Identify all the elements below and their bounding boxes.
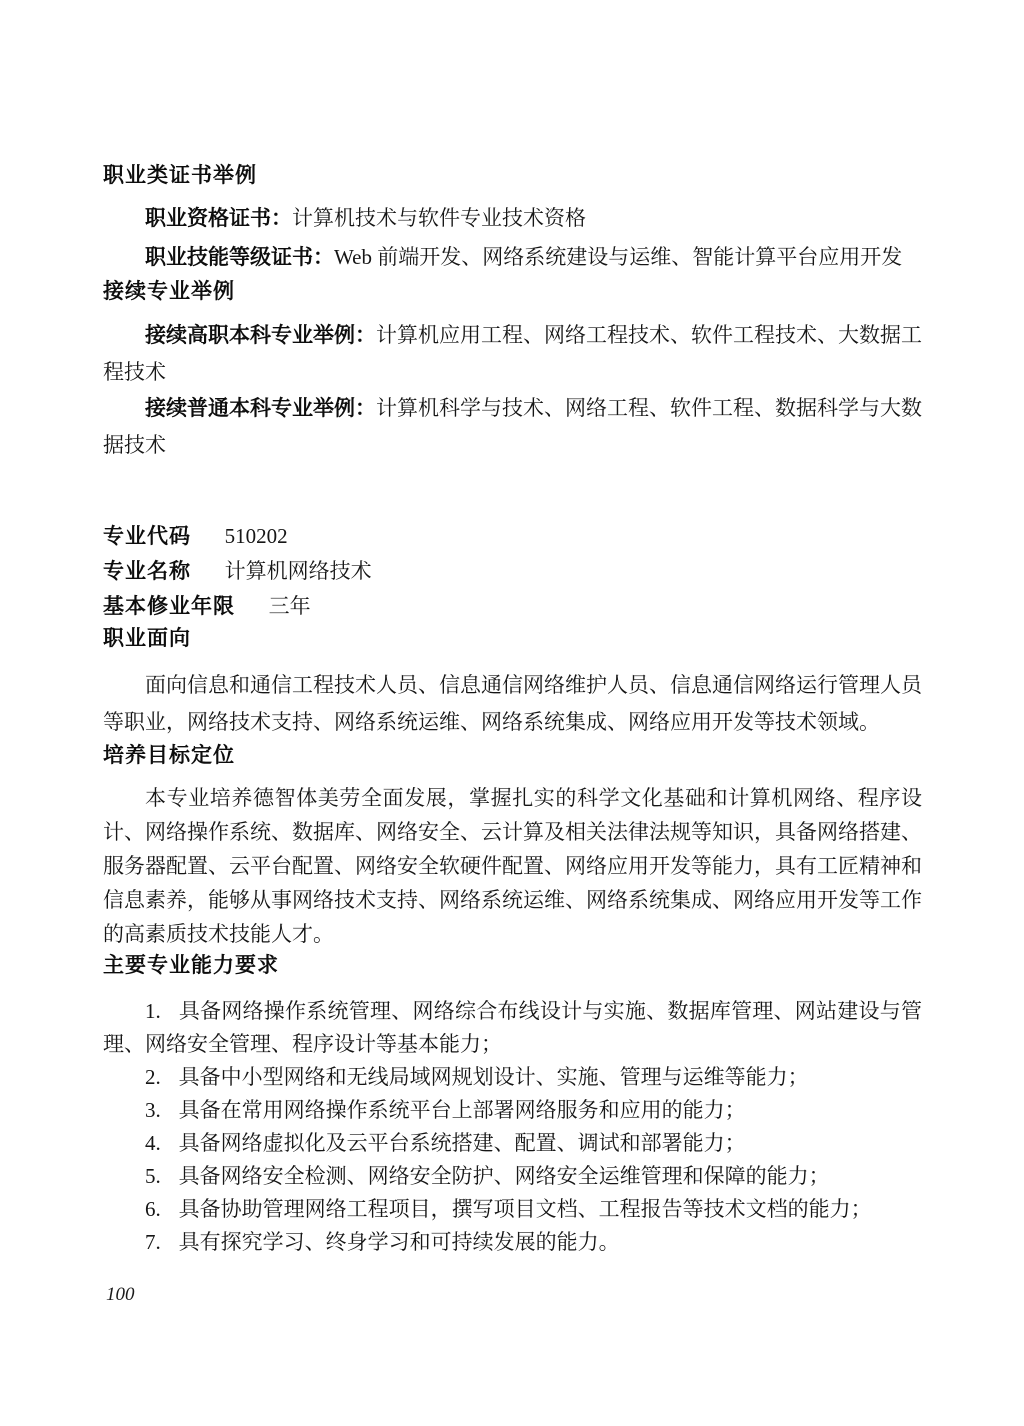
ability-item-4-number: 4. xyxy=(145,1131,161,1155)
ability-item-2-number: 2. xyxy=(145,1065,161,1089)
ability-item-5-number: 5. xyxy=(145,1164,161,1188)
ability-item-3-number: 3. xyxy=(145,1098,161,1122)
cert-skill-level-text: Web 前端开发、网络系统建设与运维、智能计算平台应用开发 xyxy=(334,245,902,269)
section-heading-career-orientation: 职业面向 xyxy=(103,624,922,654)
page-content: 职业类证书举例 职业资格证书：计算机技术与软件专业技术资格 职业技能等级证书：W… xyxy=(103,0,922,1259)
study-years-label: 基本修业年限 xyxy=(103,595,235,618)
ability-item-1-text: 具备网络操作系统管理、网络综合布线设计与实施、数据库管理、网站建设与管理、网络安… xyxy=(103,999,922,1056)
major-info-block: 专业代码510202 专业名称计算机网络技术 基本修业年限三年 xyxy=(103,519,922,624)
training-objective-paragraph: 本专业培养德智体美劳全面发展，掌握扎实的科学文化基础和计算机网络、程序设计、网络… xyxy=(103,781,922,951)
ability-item-7-text: 具有探究学习、终身学习和可持续发展的能力。 xyxy=(179,1230,620,1254)
ability-item-3-text: 具备在常用网络操作系统平台上部署网络服务和应用的能力； xyxy=(179,1098,746,1122)
ability-item-1: 1.具备网络操作系统管理、网络综合布线设计与实施、数据库管理、网站建设与管理、网… xyxy=(103,995,922,1061)
ability-item-4: 4.具备网络虚拟化及云平台系统搭建、配置、调试和部署能力； xyxy=(103,1127,922,1160)
study-years-value: 三年 xyxy=(269,594,311,618)
ability-item-1-number: 1. xyxy=(145,999,161,1023)
ability-item-6-text: 具备协助管理网络工程项目，撰写项目文档、工程报告等技术文档的能力； xyxy=(179,1197,872,1221)
major-code-label: 专业代码 xyxy=(103,525,191,548)
ability-item-2-text: 具备中小型网络和无线局域网规划设计、实施、管理与运维等能力； xyxy=(179,1065,809,1089)
ability-item-6: 6.具备协助管理网络工程项目，撰写项目文档、工程报告等技术文档的能力； xyxy=(103,1193,922,1226)
ability-item-2: 2.具备中小型网络和无线局域网规划设计、实施、管理与运维等能力； xyxy=(103,1061,922,1094)
major-name-label: 专业名称 xyxy=(103,560,191,583)
section-heading-ability-requirements: 主要专业能力要求 xyxy=(103,951,922,981)
ability-requirements-list: 1.具备网络操作系统管理、网络综合布线设计与实施、数据库管理、网站建设与管理、网… xyxy=(103,995,922,1259)
ability-item-5-text: 具备网络安全检测、网络安全防护、网络安全运维管理和保障的能力； xyxy=(179,1164,830,1188)
continue-regular-label: 接续普通本科专业举例： xyxy=(145,397,376,420)
major-name-value: 计算机网络技术 xyxy=(225,559,372,583)
ability-item-7-number: 7. xyxy=(145,1230,161,1254)
continue-entry-vocational: 接续高职本科专业举例：计算机应用工程、网络工程技术、软件工程技术、大数据工程技术 xyxy=(103,317,922,390)
major-code-row: 专业代码510202 xyxy=(103,519,922,554)
ability-item-3: 3.具备在常用网络操作系统平台上部署网络服务和应用的能力； xyxy=(103,1094,922,1127)
cert-skill-level-label: 职业技能等级证书： xyxy=(145,246,334,269)
study-years-row: 基本修业年限三年 xyxy=(103,589,922,624)
career-orientation-paragraph: 面向信息和通信工程技术人员、信息通信网络维护人员、信息通信网络运行管理人员等职业… xyxy=(103,667,922,741)
section-heading-certificates: 职业类证书举例 xyxy=(103,161,922,191)
document-page: 职业类证书举例 职业资格证书：计算机技术与软件专业技术资格 职业技能等级证书：W… xyxy=(0,0,1024,1426)
cert-qualification-label: 职业资格证书： xyxy=(145,207,292,230)
major-name-row: 专业名称计算机网络技术 xyxy=(103,554,922,589)
major-code-value: 510202 xyxy=(225,524,288,548)
cert-entry-skill-level: 职业技能等级证书：Web 前端开发、网络系统建设与运维、智能计算平台应用开发 xyxy=(103,238,922,277)
continue-vocational-label: 接续高职本科专业举例： xyxy=(145,324,376,347)
cert-qualification-text: 计算机技术与软件专业技术资格 xyxy=(292,206,586,230)
ability-item-5: 5.具备网络安全检测、网络安全防护、网络安全运维管理和保障的能力； xyxy=(103,1160,922,1193)
cert-entry-qualification: 职业资格证书：计算机技术与软件专业技术资格 xyxy=(103,199,922,238)
section-heading-training-objective: 培养目标定位 xyxy=(103,741,922,771)
ability-item-7: 7.具有探究学习、终身学习和可持续发展的能力。 xyxy=(103,1226,922,1259)
ability-item-6-number: 6. xyxy=(145,1197,161,1221)
ability-item-4-text: 具备网络虚拟化及云平台系统搭建、配置、调试和部署能力； xyxy=(179,1131,746,1155)
continue-entry-regular: 接续普通本科专业举例：计算机科学与技术、网络工程、软件工程、数据科学与大数据技术 xyxy=(103,390,922,463)
section-heading-continuing-majors: 接续专业举例 xyxy=(103,277,922,307)
page-number: 100 xyxy=(106,1284,135,1306)
